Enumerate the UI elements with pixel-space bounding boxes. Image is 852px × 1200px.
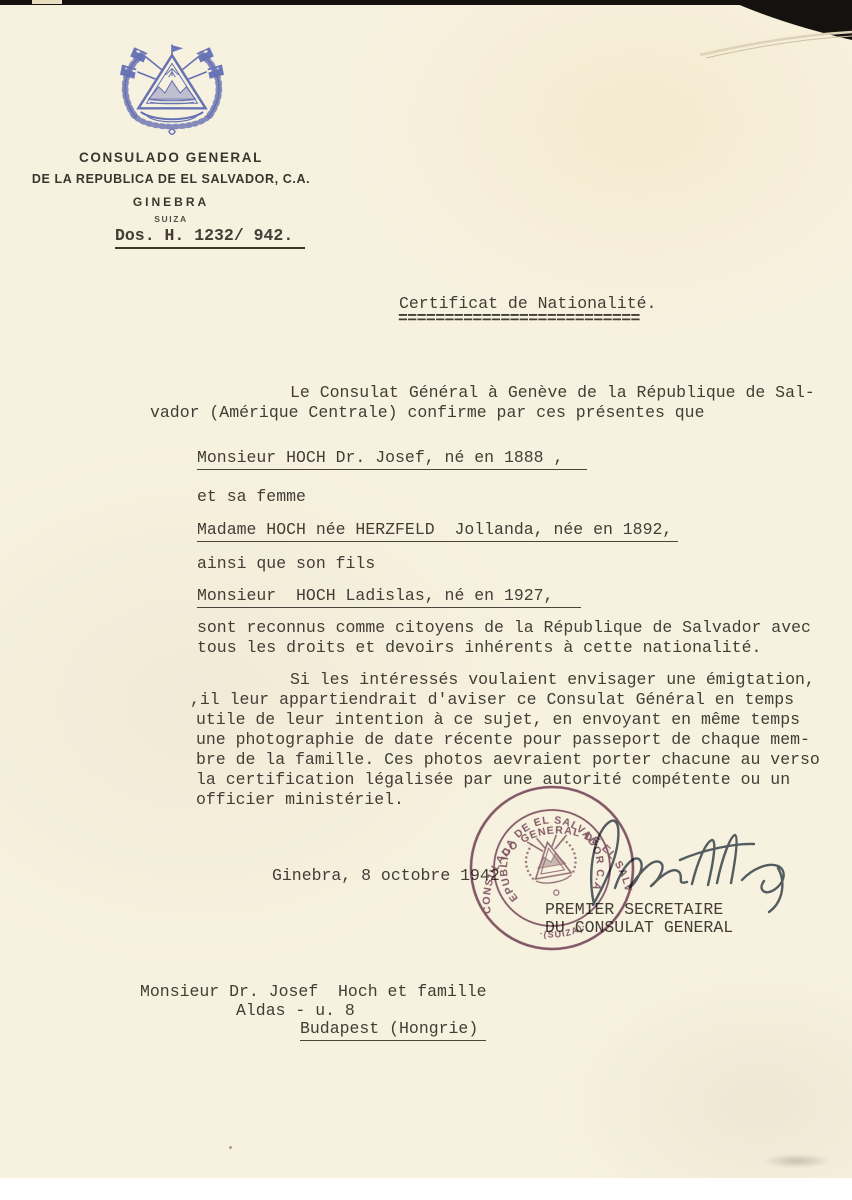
paragraph-1-line-2: vador (Amérique Centrale) confirme par c… bbox=[150, 405, 705, 422]
paragraph-3-line-7: officier ministériel. bbox=[196, 792, 404, 809]
signature bbox=[520, 786, 840, 936]
scan-speck bbox=[229, 1146, 232, 1149]
connector-line-2: ainsi que son fils bbox=[197, 556, 375, 573]
paragraph-2-line-2: tous les droits et devoirs inhérents à c… bbox=[197, 640, 761, 657]
salvador-coat-of-arms-icon bbox=[118, 42, 226, 140]
name-line-3: Monsieur HOCH Ladislas, né en 1927, bbox=[197, 588, 581, 608]
recipient-line-2: Aldas - u. 8 bbox=[236, 1003, 355, 1020]
name-line-1: Monsieur HOCH Dr. Josef, né en 1888 , bbox=[197, 450, 587, 470]
paragraph-2-line-1: sont reconnus comme citoyens de la Répub… bbox=[197, 620, 811, 637]
letterhead-org-line2: DE LA REPUBLICA DE EL SALVADOR, C.A. bbox=[20, 172, 322, 186]
paragraph-3-line-4: une photographie de date récente pour pa… bbox=[196, 732, 810, 749]
letterhead-country: SUIZA bbox=[20, 214, 322, 224]
letterhead-org-line1: CONSULADO GENERAL bbox=[20, 150, 322, 165]
paragraph-3-line-1: Si les intéressés voulaient envisager un… bbox=[290, 672, 815, 689]
paragraph-3-line-5: bre de la famille. Ces photos aevraient … bbox=[196, 752, 820, 769]
recipient-line-3: Budapest (Hongrie) bbox=[300, 1021, 486, 1041]
paragraph-1-line-1: Le Consulat Général à Genève de la Répub… bbox=[290, 385, 815, 402]
document-title-rule: ========================== bbox=[398, 311, 640, 328]
letterhead-city: GINEBRA bbox=[20, 195, 322, 209]
recipient-line-1: Monsieur Dr. Josef Hoch et famille bbox=[140, 984, 487, 1001]
connector-line-1: et sa femme bbox=[197, 489, 306, 506]
paragraph-3-line-2: ,il leur appartiendrait d'aviser ce Cons… bbox=[190, 692, 794, 709]
dossier-number: Dos. H. 1232/ 942. bbox=[115, 228, 305, 249]
paragraph-3-line-3: utile de leur intention à ce sujet, en e… bbox=[196, 712, 800, 729]
scan-smudge bbox=[752, 1148, 842, 1174]
name-line-2: Madame HOCH née HERZFELD Jollanda, née e… bbox=[197, 522, 678, 542]
